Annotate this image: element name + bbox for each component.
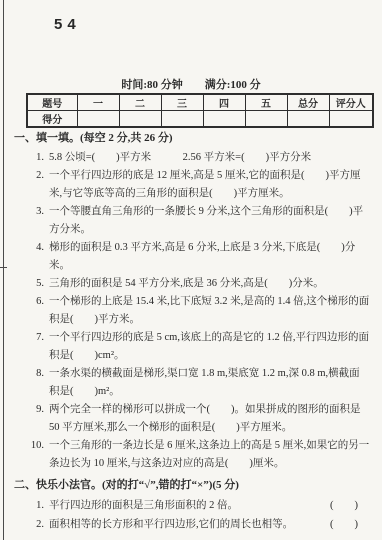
exam-full-score: 满分:100 分 (205, 79, 261, 91)
question-2: 2. 一个平行四边形的底是 12 厘米,高是 5 厘米,它的面积是( )平方厘米… (10, 167, 374, 203)
question-text: 一个等腰直角三角形的一条腰长 9 分米,这个三角形的面积是( )平方分米。 (49, 203, 374, 239)
question-number: 7. (24, 329, 49, 365)
score-table-empty-cell (161, 111, 203, 128)
paper-body: 一、填一填。(每空 2 分,共 26 分) 1. 5.8 公顷=( )平方米 2… (10, 129, 374, 534)
score-table-header-cell: 二 (119, 94, 161, 111)
item-text: 面积相等的长方形和平行四边形,它们的周长也相等。 (49, 515, 330, 534)
question-9: 9. 两个完全一样的梯形可以拼成一个( )。如果拼成的图形的面积是 50 平方厘… (10, 401, 374, 437)
score-table: 题号 一 二 三 四 五 总分 评分人 得分 (26, 93, 374, 128)
score-table-empty-cell (77, 111, 119, 128)
question-text: 一个三角形的一条边长是 6 厘米,这条边上的高是 5 厘米,如果它的另一条边长为… (49, 437, 374, 473)
item-number: 1. (24, 496, 49, 515)
exam-meta-line: 时间:80 分钟满分:100 分 (0, 76, 382, 92)
score-table-score-row: 得分 (27, 111, 373, 128)
question-1: 1. 5.8 公顷=( )平方米 2.56 平方米=( )平方分米 (10, 149, 374, 167)
score-table-header-cell: 四 (203, 94, 245, 111)
question-text: 两个完全一样的梯形可以拼成一个( )。如果拼成的图形的面积是 50 平方厘米,那… (49, 401, 374, 437)
question-number: 2. (24, 167, 49, 203)
question-text: 一条水渠的横截面是梯形,渠口宽 1.8 m,渠底宽 1.2 m,深 0.8 m,… (49, 365, 374, 401)
exam-time: 时间:80 分钟 (121, 79, 182, 91)
score-table-empty-cell (287, 111, 329, 128)
question-text: 5.8 公顷=( )平方米 2.56 平方米=( )平方分米 (49, 149, 374, 167)
score-table-header-cell: 总分 (287, 94, 329, 111)
question-7: 7. 一个平行四边形的底是 5 cm,该底上的高是它的 1.2 倍,平行四边形的… (10, 329, 374, 365)
score-table-empty-cell (245, 111, 287, 128)
score-table-header-cell: 题号 (27, 94, 77, 111)
score-table-header-cell: 五 (245, 94, 287, 111)
question-text: 一个平行四边形的底是 5 cm,该底上的高是它的 1.2 倍,平行四边形的面积是… (49, 329, 374, 365)
section2-title: 二、快乐小法官。(对的打“√”,错的打“×”)(5 分) (14, 477, 374, 494)
binding-tick-mark (0, 267, 7, 268)
item-text: 平行四边形的面积是三角形面积的 2 倍。 (49, 496, 330, 515)
true-false-item-1: 1. 平行四边形的面积是三角形面积的 2 倍。 ( ) (10, 496, 374, 515)
item-number: 2. (24, 515, 49, 534)
answer-blank: ( ) (330, 515, 358, 534)
answer-blank: ( ) (330, 496, 358, 515)
score-table-header-cell: 一 (77, 94, 119, 111)
score-table-header-cell: 三 (161, 94, 203, 111)
question-number: 5. (24, 275, 49, 293)
question-5: 5. 三角形的面积是 54 平方分米,底是 36 分米,高是( )分米。 (10, 275, 374, 293)
question-number: 1. (24, 149, 49, 167)
question-number: 8. (24, 365, 49, 401)
question-number: 6. (24, 293, 49, 329)
test-paper-page: 54 时间:80 分钟满分:100 分 题号 一 二 三 四 五 总分 评分人 … (0, 0, 382, 540)
question-text: 梯形的面积是 0.3 平方米,高是 6 分米,上底是 3 分米,下底是( )分米… (49, 239, 374, 275)
question-number: 3. (24, 203, 49, 239)
question-8: 8. 一条水渠的横截面是梯形,渠口宽 1.8 m,渠底宽 1.2 m,深 0.8… (10, 365, 374, 401)
question-number: 9. (24, 401, 49, 437)
score-table-empty-cell (203, 111, 245, 128)
score-table-empty-cell (329, 111, 373, 128)
question-number: 10. (24, 437, 49, 473)
score-row-label: 得分 (27, 111, 77, 128)
question-text: 一个平行四边形的底是 12 厘米,高是 5 厘米,它的面积是( )平方厘米,与它… (49, 167, 374, 203)
question-3: 3. 一个等腰直角三角形的一条腰长 9 分米,这个三角形的面积是( )平方分米。 (10, 203, 374, 239)
question-10: 10. 一个三角形的一条边长是 6 厘米,这条边上的高是 5 厘米,如果它的另一… (10, 437, 374, 473)
question-number: 4. (24, 239, 49, 275)
question-4: 4. 梯形的面积是 0.3 平方米,高是 6 分米,上底是 3 分米,下底是( … (10, 239, 374, 275)
question-6: 6. 一个梯形的上底是 15.4 米,比下底短 3.2 米,是高的 1.4 倍,… (10, 293, 374, 329)
score-table-header-row: 题号 一 二 三 四 五 总分 评分人 (27, 94, 373, 111)
section1-title: 一、填一填。(每空 2 分,共 26 分) (14, 130, 374, 147)
question-text: 一个梯形的上底是 15.4 米,比下底短 3.2 米,是高的 1.4 倍,这个梯… (49, 293, 374, 329)
true-false-item-2: 2. 面积相等的长方形和平行四边形,它们的周长也相等。 ( ) (10, 515, 374, 534)
page-number: 54 (54, 16, 81, 33)
score-table-header-cell: 评分人 (329, 94, 373, 111)
score-table-empty-cell (119, 111, 161, 128)
question-text: 三角形的面积是 54 平方分米,底是 36 分米,高是( )分米。 (49, 275, 374, 293)
